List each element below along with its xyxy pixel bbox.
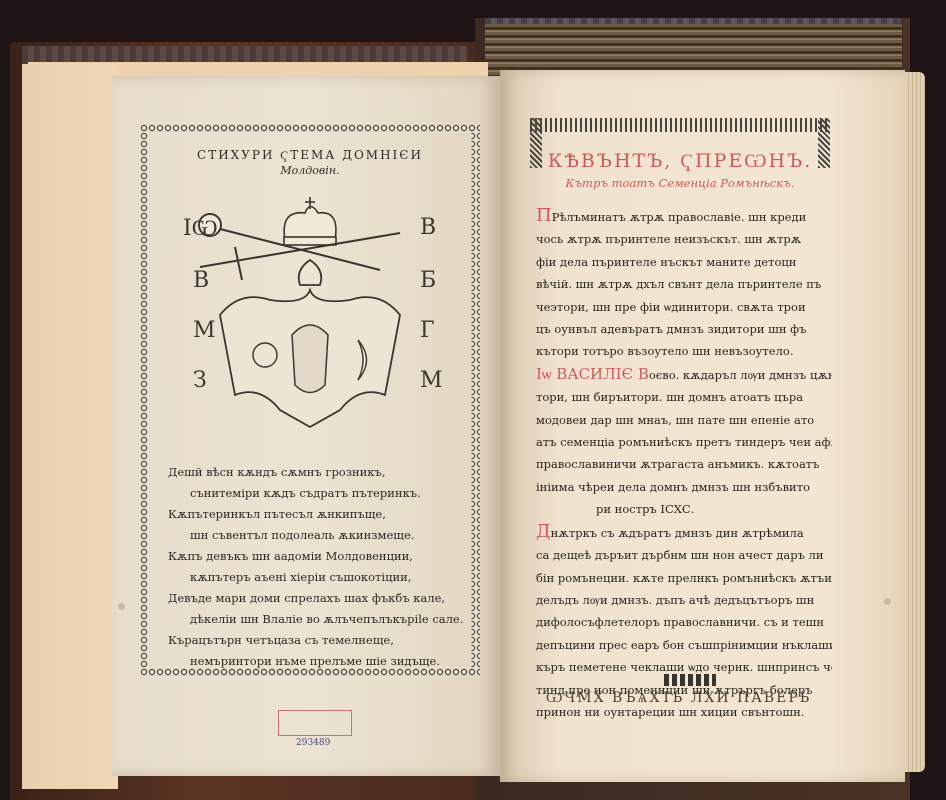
body-line: дифолосъфлетелоръ православничи. съ и те… xyxy=(536,611,832,633)
rubric-name: Іѡ ВАСИЛІЄ В xyxy=(536,365,649,383)
body-line: вѣчій. шн ѫтрѫ дхъл свънт дела пъринтеле… xyxy=(536,273,832,295)
body-line: Іѡ ВАСИЛІЄ Воєво. кѫдаръл лѹи дмнзъ цѫн xyxy=(536,363,832,386)
body-line: депъцини прес еаръ бон съшпрінимции нъкл… xyxy=(536,634,832,656)
flyleaf xyxy=(22,64,118,789)
verse-block: Дешй вѣсн кѫндъ сѫмнъ грозникъ, сънитемі… xyxy=(168,462,468,672)
verse-line: Кърацътърн четъцаза съ темелнеще, xyxy=(168,630,468,651)
page-edges xyxy=(905,72,925,772)
drop-capital: П xyxy=(536,205,552,226)
paper-hole xyxy=(118,603,125,610)
body-line: модовеи дар шн мнаъ, шн пате шн епеніе а… xyxy=(536,409,832,431)
body-line: ініима чѣреи дела домнъ дмнзъ шн нзбъвит… xyxy=(536,476,832,498)
library-stamp-number: 293489 xyxy=(296,738,330,748)
verse-line: кѫпътеръ аъені хіеріи съшокотіции, xyxy=(168,567,468,588)
crest-letter-left-2: В xyxy=(193,268,209,293)
crest-letter-left-3: М xyxy=(193,318,216,343)
body-line: православиничи ѫтрагаста анъмикъ. кѫтоат… xyxy=(536,453,832,475)
body-line: чеэтори, шн пре фіи ѡдинитори. свѫта тро… xyxy=(536,296,832,318)
body-line: атъ семенціа ромъниѣскъ претъ тиндеръ че… xyxy=(536,431,832,453)
body-line: фіи дела пъринтеле нъскът маните детоцн xyxy=(536,251,832,273)
left-page-subtitle: Молдовін. xyxy=(160,164,460,177)
verse-line: немъринтори нъме прелъме шіе зидъще. xyxy=(168,651,468,672)
body-line: делъдъ лѹи дмнзъ. дъпъ ачѣ дедъцътъоръ ш… xyxy=(536,589,832,611)
body-line: бін ромънеции. кѫте прелнкъ ромъниѣскъ ѫ… xyxy=(536,567,832,589)
library-stamp xyxy=(278,710,352,736)
body-line: цъ оунвъл адевъратъ дмнзъ зидитори шн фъ xyxy=(536,318,832,340)
crest-letter-right-2: Б xyxy=(420,268,436,293)
crest-letter-right-3: Г xyxy=(420,318,435,343)
body-line: Днѫтркъ съ ѫдъратъ дмнзъ дин ѫтрѣмила xyxy=(536,521,832,544)
left-page-title: СТИХУРИ ҀТЕМА ДОМНІЄИ xyxy=(160,148,460,163)
handwritten-inscription: ѠЧМХ ВЪѦХТЬ ЛХИ ПАВЕРЬ xyxy=(546,690,866,707)
verse-line: шн съвентъл подолеаль ѫкинзмеще. xyxy=(168,525,468,546)
right-page-body: ПРѣлъминатъ ѫтрѫ православіе. шн креди ч… xyxy=(536,205,832,723)
tailpiece-ornament xyxy=(664,674,716,686)
drop-capital: Д xyxy=(536,521,551,542)
verse-line: Кѫпътеринкъл пътесъл ѫнкипъще, xyxy=(168,504,468,525)
right-page-heading: КѢВЪНТЪ, ҀПРЕѠНЪ. xyxy=(540,150,820,173)
moldavian-coat-of-arms xyxy=(180,195,440,435)
crown-icon xyxy=(284,197,336,245)
right-page-subheading: Кътръ тоатъ Семенціа Ромънѣскъ. xyxy=(540,176,820,190)
body-line: чось ѫтрѫ пъринтеле неизъскът. шн ѫтрѫ xyxy=(536,228,832,250)
body-line: кътори тотъро възоутело шн невъзоутело. xyxy=(536,340,832,362)
verse-line: Дешй вѣсн кѫндъ сѫмнъ грозникъ, xyxy=(168,462,468,483)
crest-letter-left-1: ІѠ xyxy=(183,215,217,241)
crest-letter-right-1: В xyxy=(420,215,436,240)
verse-line: сънитеміри кѫдъ съдратъ пътеринкъ. xyxy=(168,483,468,504)
crest-letter-left-4: З xyxy=(193,368,207,393)
verse-line: дѣкеліи шн Влаліе во ѫлъчепълъкърile сал… xyxy=(168,609,468,630)
body-line: ПРѣлъминатъ ѫтрѫ православіе. шн креди xyxy=(536,205,832,228)
verse-line: Кѫпъ девъкъ шн аадоміи Молдовенции, xyxy=(168,546,468,567)
paper-hole xyxy=(884,598,891,605)
headpiece-ornament xyxy=(530,118,830,132)
body-line: тори, шн биръитори. шн домнъ атоатъ църа xyxy=(536,386,832,408)
sun-icon xyxy=(253,343,277,367)
body-line: ри ностръ ІСХС. xyxy=(536,498,832,520)
verse-line: Девъде мари доми спрелахъ шах фъкбъ кале… xyxy=(168,588,468,609)
crest-letter-right-4: М xyxy=(420,368,443,393)
body-line: са дещеѣ дъръит дърбнм шн нон ачест даръ… xyxy=(536,544,832,566)
aurochs-head-icon xyxy=(292,325,328,393)
